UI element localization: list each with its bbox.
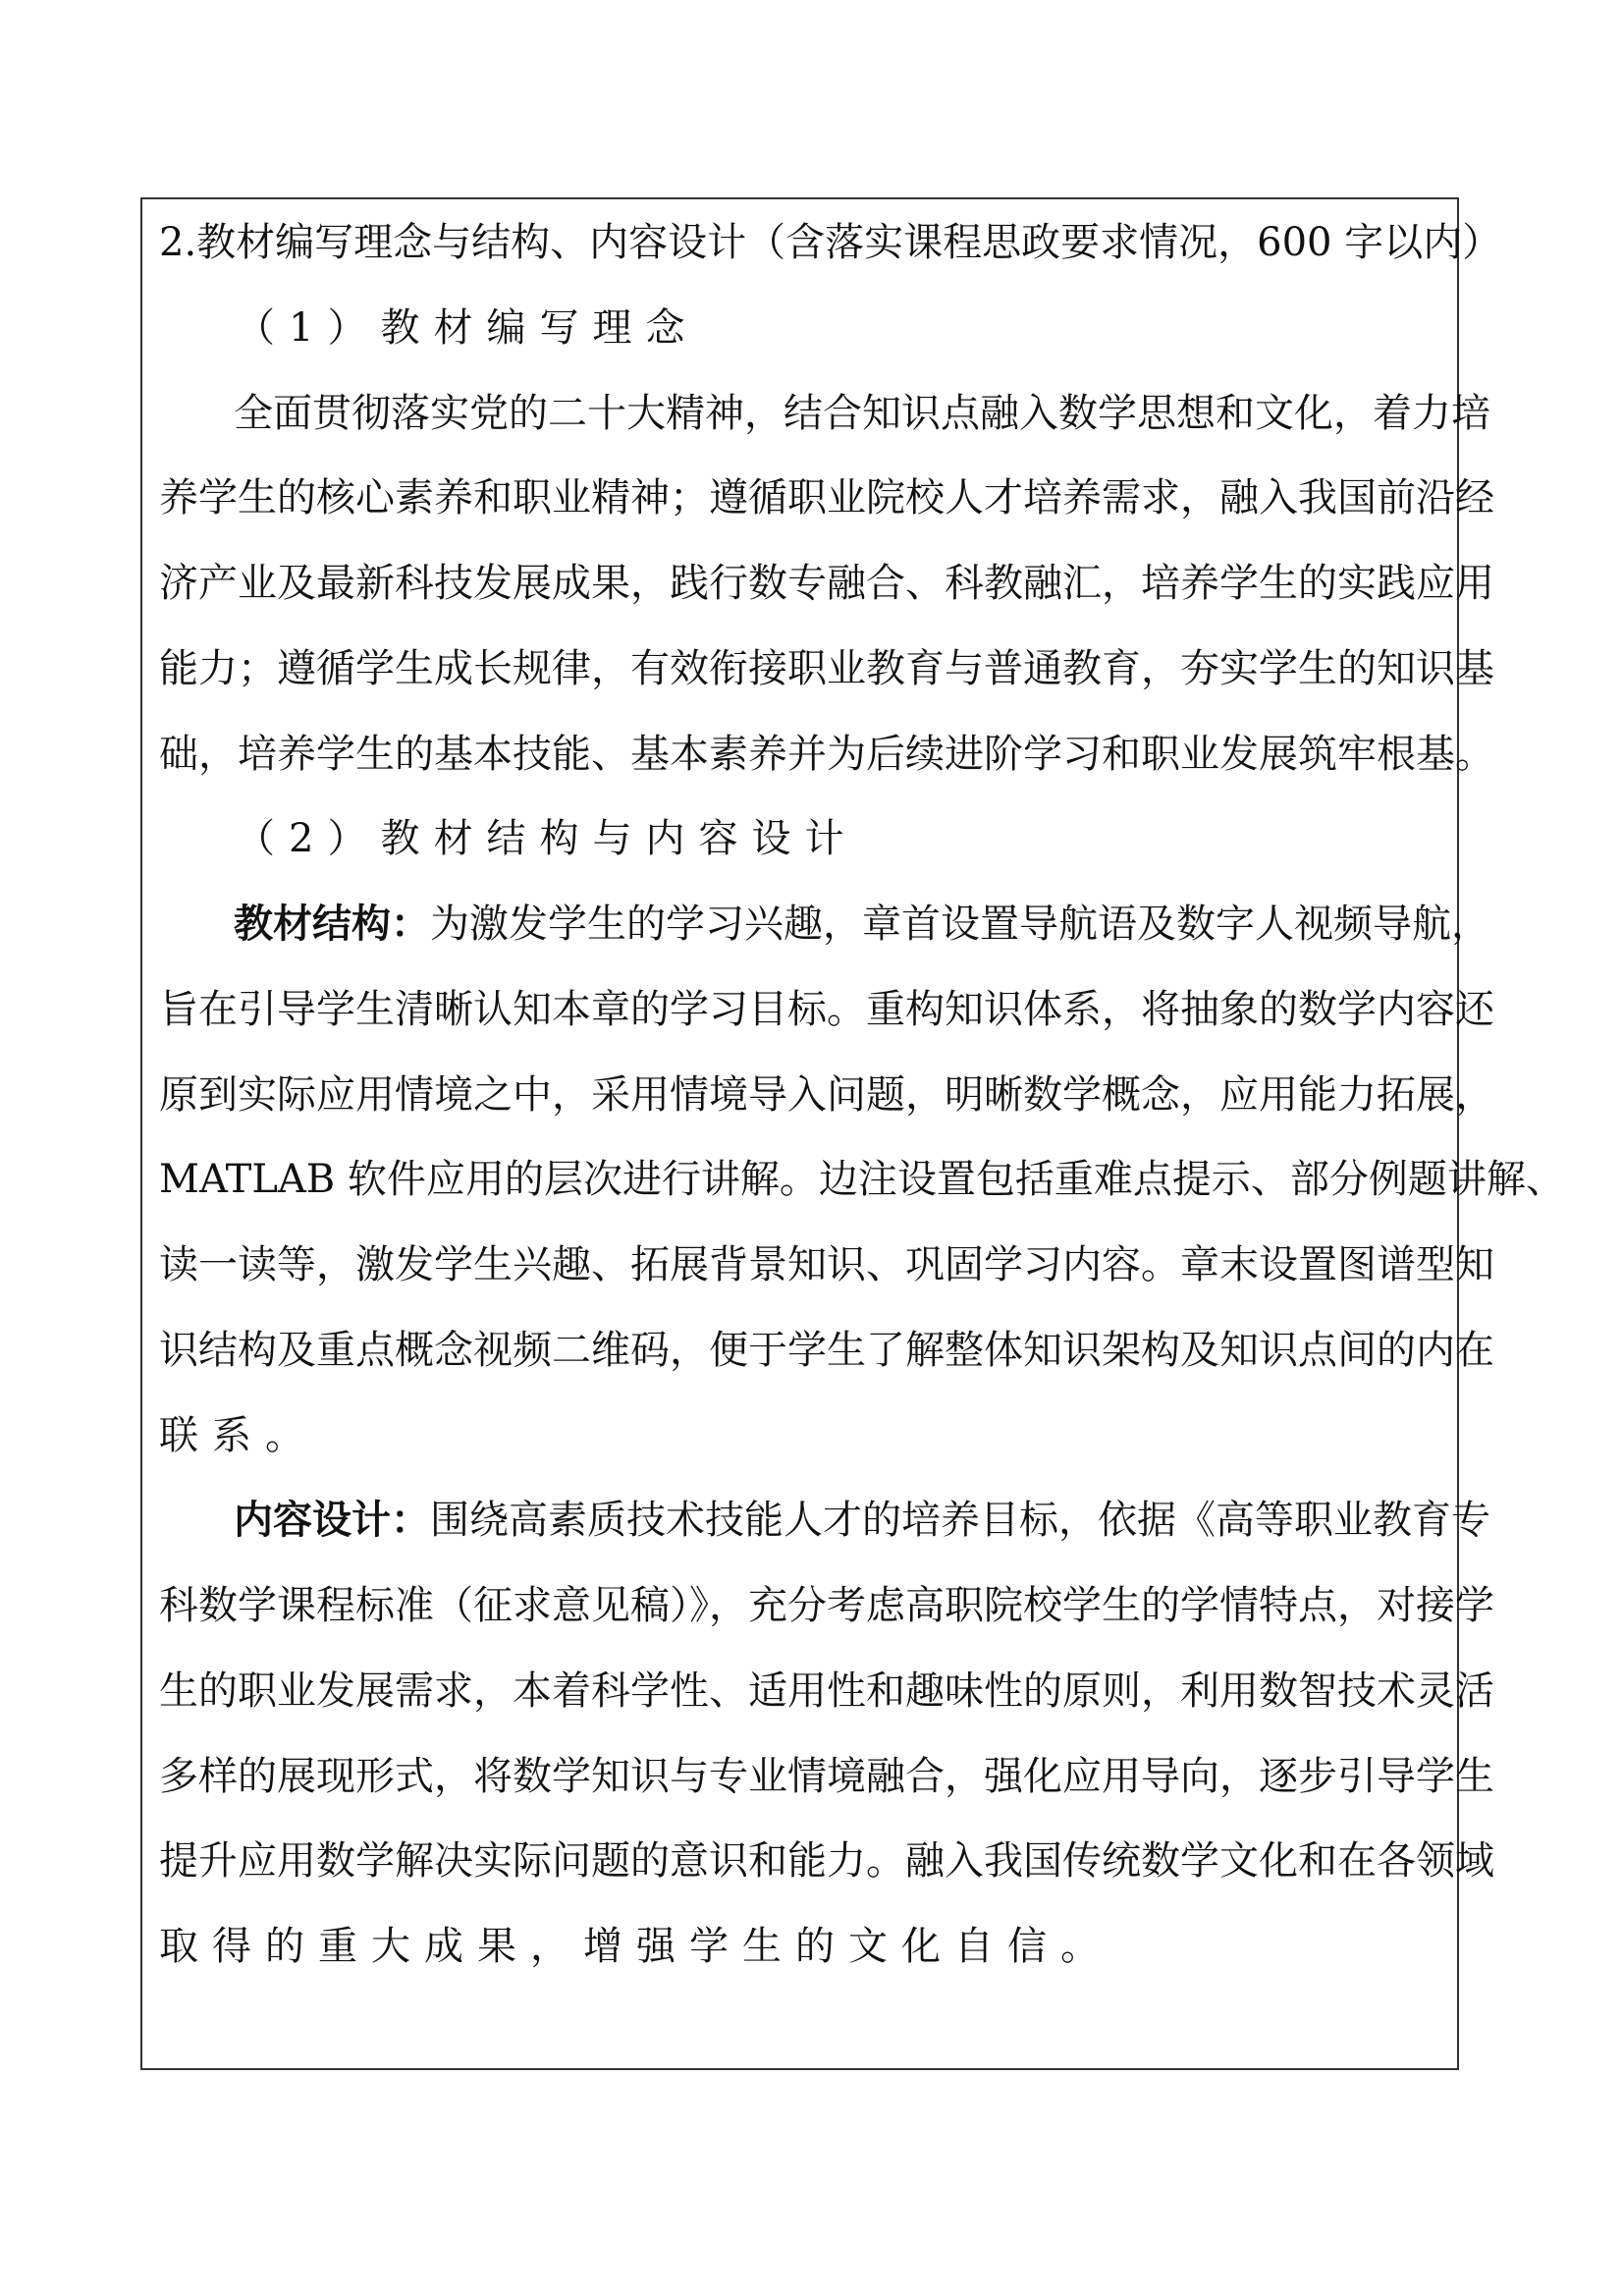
- section-title: 2.教材编写理念与结构、内容设计（含落实课程思政要求情况，600 字以内）: [159, 213, 1457, 272]
- paragraph-line: 取得的重大成果，增强学生的文化自信。: [159, 1917, 1457, 1976]
- paragraph-line: 联系。: [159, 1406, 1457, 1465]
- paragraph-line: 旨在引导学生清晰认知本章的学习目标。重构知识体系，将抽象的数学内容还: [159, 980, 1457, 1039]
- paragraph-line: 多样的展现形式，将数学知识与专业情境融合，强化应用导向，逐步引导学生: [159, 1747, 1457, 1806]
- paragraph-line: 全面贯彻落实党的二十大精神，结合知识点融入数学思想和文化，着力培: [234, 384, 1457, 443]
- paragraph-line: 读一读等，激发学生兴趣、拓展背景知识、巩固学习内容。章末设置图谱型知: [159, 1235, 1457, 1294]
- paragraph-line: 济产业及最新科技发展成果，践行数专融合、科教融汇，培养学生的实践应用: [159, 554, 1457, 613]
- paragraph-line: MATLAB 软件应用的层次进行讲解。边注设置包括重难点提示、部分例题讲解、: [159, 1150, 1457, 1209]
- structure-label: 教材结构：: [234, 901, 430, 947]
- paragraph-line: 养学生的核心素养和职业精神；遵循职业院校人才培养需求，融入我国前沿经: [159, 468, 1457, 527]
- subsection-heading-philosophy: （1）教材编写理念: [236, 299, 1457, 357]
- structure-first-line-text: 为激发学生的学习兴趣，章首设置导航语及数字人视频导航，: [430, 902, 1490, 947]
- paragraph-line: 科数学课程标准（征求意见稿）》，充分考虑高职院校学生的学情特点，对接学: [159, 1576, 1457, 1635]
- paragraph-line-structure-first: 教材结构：为激发学生的学习兴趣，章首设置导航语及数字人视频导航，: [234, 895, 1457, 954]
- paragraph-line: 础，培养学生的基本技能、基本素养并为后续进阶学习和职业发展筑牢根基。: [159, 725, 1457, 784]
- paragraph-line: 生的职业发展需求，本着科学性、适用性和趣味性的原则，利用数智技术灵活: [159, 1662, 1457, 1721]
- paragraph-line: 能力；遵循学生成长规律，有效衔接职业教育与普通教育，夯实学生的知识基: [159, 639, 1457, 698]
- content-first-line-text: 围绕高素质技术技能人才的培养目标，依据《高等职业教育专: [430, 1498, 1490, 1543]
- paragraph-line: 原到实际应用情境之中，采用情境导入问题，明晰数学概念，应用能力拓展，: [159, 1066, 1457, 1124]
- paragraph-line: 识结构及重点概念视频二维码，便于学生了解整体知识架构及知识点间的内在: [159, 1321, 1457, 1380]
- subsection-heading-structure: （2）教材结构与内容设计: [236, 809, 1457, 868]
- content-design-label: 内容设计：: [234, 1497, 430, 1543]
- paragraph-line: 提升应用数学解决实际问题的意识和能力。融入我国传统数学文化和在各领域: [159, 1831, 1457, 1890]
- paragraph-line-content-first: 内容设计：围绕高素质技术技能人才的培养目标，依据《高等职业教育专: [234, 1491, 1457, 1550]
